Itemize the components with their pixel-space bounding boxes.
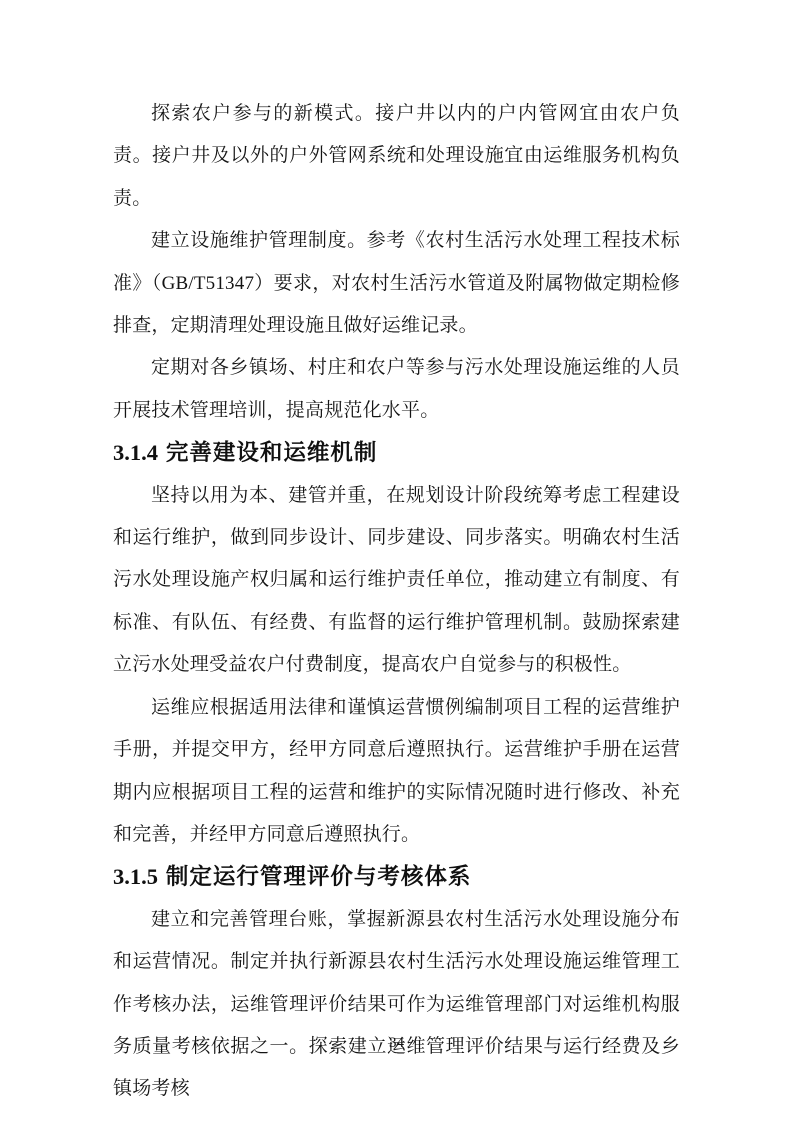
paragraph-evaluation-assessment: 建立和完善管理台账，掌握新源县农村生活污水处理设施分布和运营情况。制定并执行新源… xyxy=(113,899,680,1111)
section-heading-3-1-4: 3.1.4完善建设和运维机制 xyxy=(113,432,680,474)
page-number: 34 xyxy=(0,1033,793,1053)
paragraph-operation-manual: 运维应根据适用法律和谨慎运营惯例编制项目工程的运营维护手册，并提交甲方，经甲方同… xyxy=(113,687,680,857)
section-number: 3.1.4 xyxy=(113,440,158,465)
section-number: 3.1.5 xyxy=(113,864,158,889)
page-body: 探索农户参与的新模式。接户井以内的户内管网宜由农户负责。接户井及以外的户外管网系… xyxy=(113,93,680,1111)
section-heading-3-1-5: 3.1.5制定运行管理评价与考核体系 xyxy=(113,856,680,898)
paragraph-construction-operation-mechanism: 坚持以用为本、建管并重，在规划设计阶段统筹考虑工程建设和运行维护，做到同步设计、… xyxy=(113,475,680,687)
paragraph-facility-maintenance-system: 建立设施维护管理制度。参考《农村生活污水处理工程技术标准》（GB/T51347）… xyxy=(113,220,680,347)
section-title: 制定运行管理评价与考核体系 xyxy=(166,864,472,889)
paragraph-farmer-participation: 探索农户参与的新模式。接户井以内的户内管网宜由农户负责。接户井及以外的户外管网系… xyxy=(113,93,680,220)
section-title: 完善建设和运维机制 xyxy=(166,440,378,465)
document-page: 探索农户参与的新模式。接户井以内的户内管网宜由农户负责。接户井及以外的户外管网系… xyxy=(0,0,793,1122)
paragraph-training: 定期对各乡镇场、村庄和农户等参与污水处理设施运维的人员开展技术管理培训，提高规范… xyxy=(113,347,680,432)
